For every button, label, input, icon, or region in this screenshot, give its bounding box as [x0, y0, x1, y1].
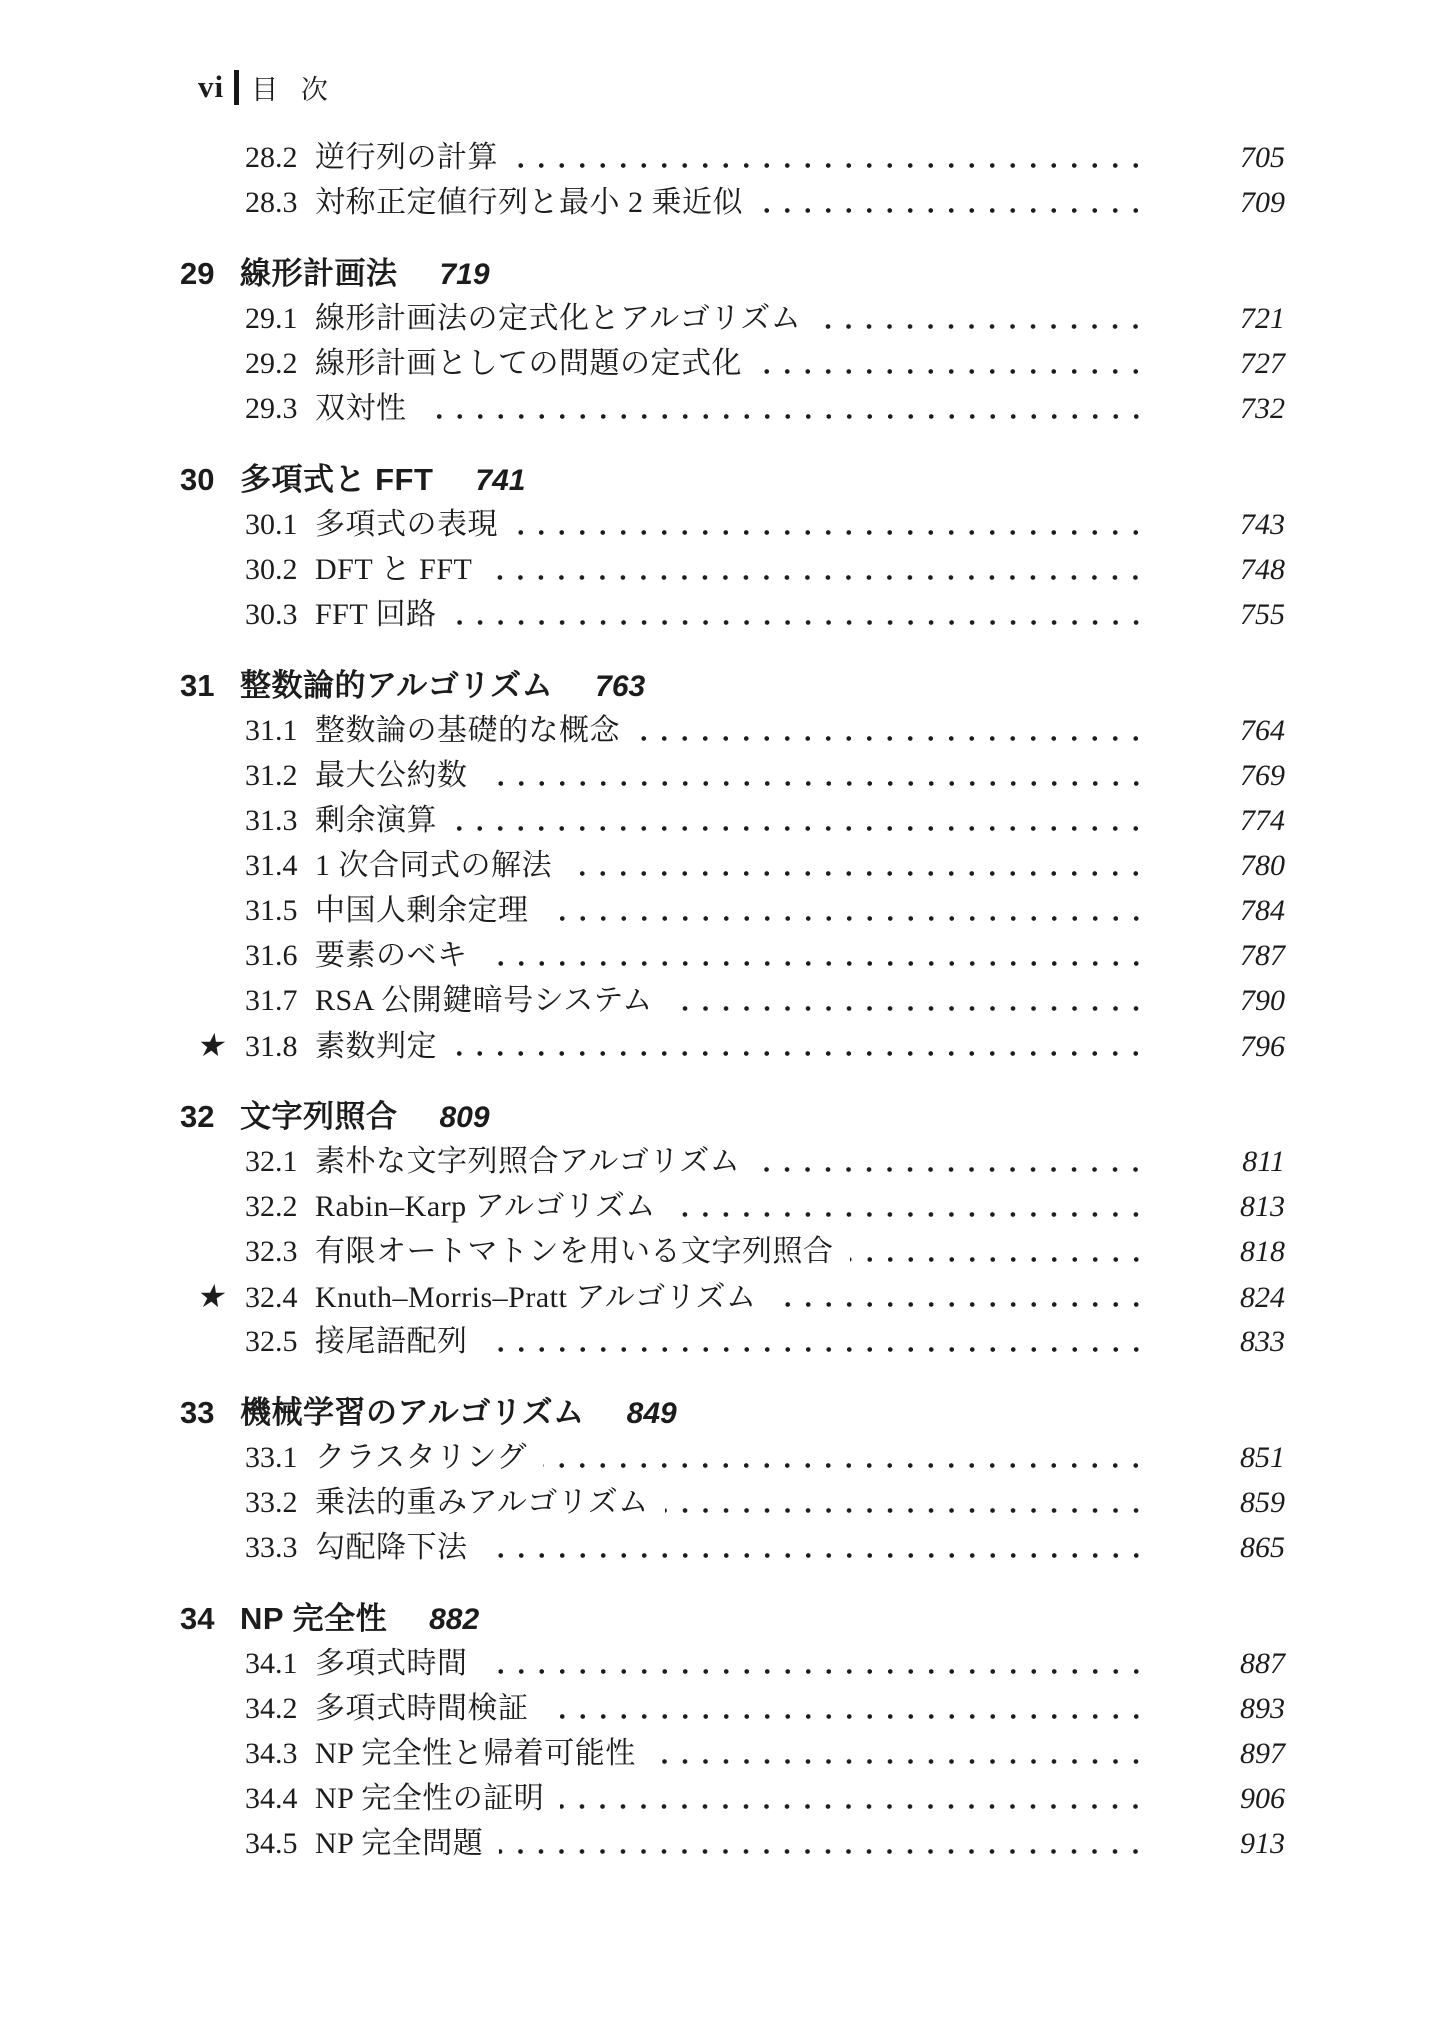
section-page-number: 743	[1150, 502, 1285, 547]
toc-section-row: 28.3対称正定値行列と最小 2 乗近似709	[155, 180, 1285, 225]
section-number: 28.2	[245, 135, 315, 180]
section-number: 30.1	[245, 502, 315, 547]
dot-leader-icon	[756, 1139, 1150, 1184]
star-slot: ★	[155, 1023, 245, 1068]
dot-leader-icon	[484, 1525, 1151, 1570]
section-title: FFT 回路	[315, 592, 437, 637]
header-divider-bar	[234, 70, 239, 105]
toc-section-row: 31.1整数論の基礎的な概念764	[155, 708, 1285, 753]
dot-leader-icon	[453, 592, 1150, 637]
section-number: 31.5	[245, 888, 315, 933]
section-number: 32.3	[245, 1229, 315, 1274]
section-title: 多項式時間検証	[315, 1686, 529, 1731]
section-title: 多項式時間	[315, 1641, 468, 1686]
section-page-number: 721	[1150, 296, 1285, 341]
section-number: 31.7	[245, 978, 315, 1023]
section-number: 33.1	[245, 1435, 315, 1480]
toc-section-row: 32.1素朴な文字列照合アルゴリズム811	[155, 1139, 1285, 1184]
section-title: 線形計画法の定式化とアルゴリズム	[315, 296, 801, 341]
chapter-title: 線形計画法	[240, 251, 398, 296]
section-number: 33.2	[245, 1480, 315, 1525]
section-number: 30.3	[245, 592, 315, 637]
section-number: 31.6	[245, 933, 315, 978]
chapter-number: 31	[180, 663, 240, 708]
dot-leader-icon	[514, 135, 1150, 180]
section-title: 有限オートマトンを用いる文字列照合	[315, 1229, 834, 1274]
section-number: 32.5	[245, 1319, 315, 1364]
section-title: NP 完全性と帰着可能性	[315, 1731, 636, 1776]
toc-chapter-row: 33機械学習のアルゴリズム849	[155, 1390, 1285, 1435]
section-page-number: 811	[1150, 1139, 1285, 1184]
section-page-number: 906	[1150, 1776, 1285, 1821]
dot-leader-icon	[669, 978, 1150, 1023]
dot-leader-icon	[423, 386, 1151, 431]
section-number: 34.1	[245, 1641, 315, 1686]
dot-leader-icon	[488, 547, 1150, 592]
dot-leader-icon	[484, 753, 1151, 798]
toc-section-row: 33.1クラスタリング851	[155, 1435, 1285, 1480]
chapter-page-number: 882	[429, 1597, 479, 1642]
section-title: 最大公約数	[315, 753, 468, 798]
section-title: 中国人剰余定理	[315, 888, 529, 933]
toc-section-row: 31.3剰余演算774	[155, 798, 1285, 843]
section-number: 32.4	[245, 1275, 315, 1320]
section-title: 逆行列の計算	[315, 135, 498, 180]
dot-leader-icon	[453, 798, 1150, 843]
toc-chapter-row: 32文字列照合809	[155, 1094, 1285, 1139]
section-page-number: 787	[1150, 933, 1285, 978]
chapter-number: 30	[180, 457, 240, 502]
section-page-number: 755	[1150, 592, 1285, 637]
toc-section-row: 30.1多項式の表現743	[155, 502, 1285, 547]
star-icon: ★	[194, 1274, 231, 1319]
toc-section-row: 34.1多項式時間887	[155, 1641, 1285, 1686]
section-number: 31.1	[245, 708, 315, 753]
toc-section-row: 32.2Rabin–Karp アルゴリズム813	[155, 1184, 1285, 1229]
section-title: クラスタリング	[315, 1435, 527, 1480]
page-folio: vi	[198, 69, 224, 105]
toc-section-row: ★31.8素数判定796	[155, 1023, 1285, 1068]
section-page-number: 887	[1150, 1641, 1285, 1686]
chapter-page-number: 809	[440, 1095, 490, 1140]
section-number: 28.3	[245, 180, 315, 225]
section-page-number: 732	[1150, 386, 1285, 431]
section-page-number: 709	[1150, 180, 1285, 225]
dot-leader-icon	[759, 180, 1150, 225]
toc-section-row: 29.3双対性732	[155, 386, 1285, 431]
section-number: 31.8	[245, 1024, 315, 1069]
dot-leader-icon	[543, 1435, 1150, 1480]
chapter-number: 32	[180, 1094, 240, 1139]
section-page-number: 748	[1150, 547, 1285, 592]
dot-leader-icon	[652, 1731, 1150, 1776]
section-number: 29.1	[245, 296, 315, 341]
section-title: RSA 公開鍵暗号システム	[315, 978, 653, 1023]
toc-section-row: 29.1線形計画法の定式化とアルゴリズム721	[155, 296, 1285, 341]
section-number: 34.4	[245, 1776, 315, 1821]
section-page-number: 913	[1150, 1821, 1285, 1866]
chapter-number: 34	[180, 1596, 240, 1641]
section-title: Rabin–Karp アルゴリズム	[315, 1184, 656, 1229]
section-title: 整数論の基礎的な概念	[315, 708, 620, 753]
toc-page: vi 目 次 28.2逆行列の計算70528.3対称正定値行列と最小 2 乗近似…	[0, 0, 1433, 2024]
toc-section-row: 31.41 次合同式の解法780	[155, 843, 1285, 888]
section-page-number: 727	[1150, 341, 1285, 386]
dot-leader-icon	[545, 1686, 1151, 1731]
section-page-number: 780	[1150, 843, 1285, 888]
dot-leader-icon	[773, 1274, 1150, 1319]
toc-section-row: 30.2DFT と FFT748	[155, 547, 1285, 592]
toc-section-row: 31.2最大公約数769	[155, 753, 1285, 798]
section-number: 31.2	[245, 753, 315, 798]
toc-section-row: 28.2逆行列の計算705	[155, 135, 1285, 180]
dot-leader-icon	[672, 1184, 1150, 1229]
dot-leader-icon	[514, 502, 1150, 547]
section-page-number: 813	[1150, 1184, 1285, 1229]
chapter-page-number: 719	[440, 252, 490, 297]
dot-leader-icon	[850, 1229, 1151, 1274]
toc-chapter-row: 31整数論的アルゴリズム763	[155, 663, 1285, 708]
toc-section-row: 32.5接尾語配列833	[155, 1319, 1285, 1364]
section-title: NP 完全性の証明	[315, 1776, 544, 1821]
dot-leader-icon	[484, 933, 1151, 978]
dot-leader-icon	[545, 888, 1151, 933]
section-title: 剰余演算	[315, 798, 437, 843]
section-title: NP 完全問題	[315, 1821, 483, 1866]
section-page-number: 865	[1150, 1525, 1285, 1570]
dot-leader-icon	[499, 1821, 1150, 1866]
toc-section-row: ★32.4Knuth–Morris–Pratt アルゴリズム824	[155, 1274, 1285, 1319]
toc-chapter-row: 34NP 完全性882	[155, 1596, 1285, 1641]
section-page-number: 774	[1150, 798, 1285, 843]
chapter-page-number: 763	[595, 664, 645, 709]
section-title: 乗法的重みアルゴリズム	[315, 1480, 649, 1525]
section-page-number: 833	[1150, 1319, 1285, 1364]
section-number: 29.3	[245, 386, 315, 431]
dot-leader-icon	[665, 1480, 1150, 1525]
chapter-number: 29	[180, 251, 240, 296]
toc-section-row: 31.5中国人剰余定理784	[155, 888, 1285, 933]
star-icon: ★	[194, 1023, 231, 1068]
section-page-number: 705	[1150, 135, 1285, 180]
star-slot: ★	[155, 1274, 245, 1319]
toc-section-row: 34.3NP 完全性と帰着可能性897	[155, 1731, 1285, 1776]
section-title: 素朴な文字列照合アルゴリズム	[315, 1139, 740, 1184]
chapter-page-number: 849	[627, 1391, 677, 1436]
section-page-number: 764	[1150, 708, 1285, 753]
section-page-number: 851	[1150, 1435, 1285, 1480]
chapter-title: 整数論的アルゴリズム	[240, 663, 553, 708]
chapter-page-number: 741	[475, 458, 525, 503]
toc-section-row: 33.2乗法的重みアルゴリズム859	[155, 1480, 1285, 1525]
toc-list: 28.2逆行列の計算70528.3対称正定値行列と最小 2 乗近似70929線形…	[155, 135, 1285, 1866]
section-title: 対称正定値行列と最小 2 乗近似	[315, 180, 743, 225]
dot-leader-icon	[817, 296, 1150, 341]
toc-section-row: 31.7RSA 公開鍵暗号システム790	[155, 978, 1285, 1023]
page-title: 目 次	[251, 68, 328, 107]
chapter-title: 多項式と FFT	[240, 457, 433, 502]
toc-section-row: 34.2多項式時間検証893	[155, 1686, 1285, 1731]
section-page-number: 790	[1150, 978, 1285, 1023]
section-number: 34.5	[245, 1821, 315, 1866]
section-title: 勾配降下法	[315, 1525, 468, 1570]
section-page-number: 824	[1150, 1275, 1285, 1320]
chapter-title: 機械学習のアルゴリズム	[240, 1390, 585, 1435]
toc-section-row: 29.2線形計画としての問題の定式化727	[155, 341, 1285, 386]
section-number: 34.3	[245, 1731, 315, 1776]
dot-leader-icon	[453, 1023, 1150, 1068]
section-title: 1 次合同式の解法	[315, 843, 552, 888]
section-page-number: 897	[1150, 1731, 1285, 1776]
toc-section-row: 31.6要素のベキ787	[155, 933, 1285, 978]
dot-leader-icon	[758, 341, 1150, 386]
section-number: 33.3	[245, 1525, 315, 1570]
section-page-number: 796	[1150, 1024, 1285, 1069]
section-number: 34.2	[245, 1686, 315, 1731]
dot-leader-icon	[636, 708, 1150, 753]
section-number: 30.2	[245, 547, 315, 592]
toc-section-row: 33.3勾配降下法865	[155, 1525, 1285, 1570]
toc-chapter-row: 30多項式と FFT741	[155, 457, 1285, 502]
toc-section-row: 34.5NP 完全問題913	[155, 1821, 1285, 1866]
toc-section-row: 34.4NP 完全性の証明906	[155, 1776, 1285, 1821]
section-page-number: 818	[1150, 1229, 1285, 1274]
section-title: Knuth–Morris–Pratt アルゴリズム	[315, 1275, 757, 1320]
section-page-number: 769	[1150, 753, 1285, 798]
toc-section-row: 30.3FFT 回路755	[155, 592, 1285, 637]
dot-leader-icon	[568, 843, 1150, 888]
section-number: 32.1	[245, 1139, 315, 1184]
section-title: 要素のベキ	[315, 933, 468, 978]
section-title: 素数判定	[315, 1024, 437, 1069]
section-number: 32.2	[245, 1184, 315, 1229]
section-number: 31.4	[245, 843, 315, 888]
chapter-number: 33	[180, 1390, 240, 1435]
chapter-title: 文字列照合	[240, 1094, 398, 1139]
section-title: 線形計画としての問題の定式化	[315, 341, 742, 386]
running-head: vi 目 次	[198, 66, 328, 108]
section-number: 29.2	[245, 341, 315, 386]
section-page-number: 859	[1150, 1480, 1285, 1525]
toc-chapter-row: 29線形計画法719	[155, 251, 1285, 296]
toc-section-row: 32.3有限オートマトンを用いる文字列照合818	[155, 1229, 1285, 1274]
dot-leader-icon	[484, 1319, 1151, 1364]
chapter-title: NP 完全性	[240, 1596, 387, 1641]
section-title: 多項式の表現	[315, 502, 498, 547]
section-number: 31.3	[245, 798, 315, 843]
section-page-number: 784	[1150, 888, 1285, 933]
section-title: 双対性	[315, 386, 407, 431]
dot-leader-icon	[560, 1776, 1150, 1821]
section-title: DFT と FFT	[315, 547, 472, 592]
dot-leader-icon	[484, 1641, 1151, 1686]
section-page-number: 893	[1150, 1686, 1285, 1731]
section-title: 接尾語配列	[315, 1319, 468, 1364]
